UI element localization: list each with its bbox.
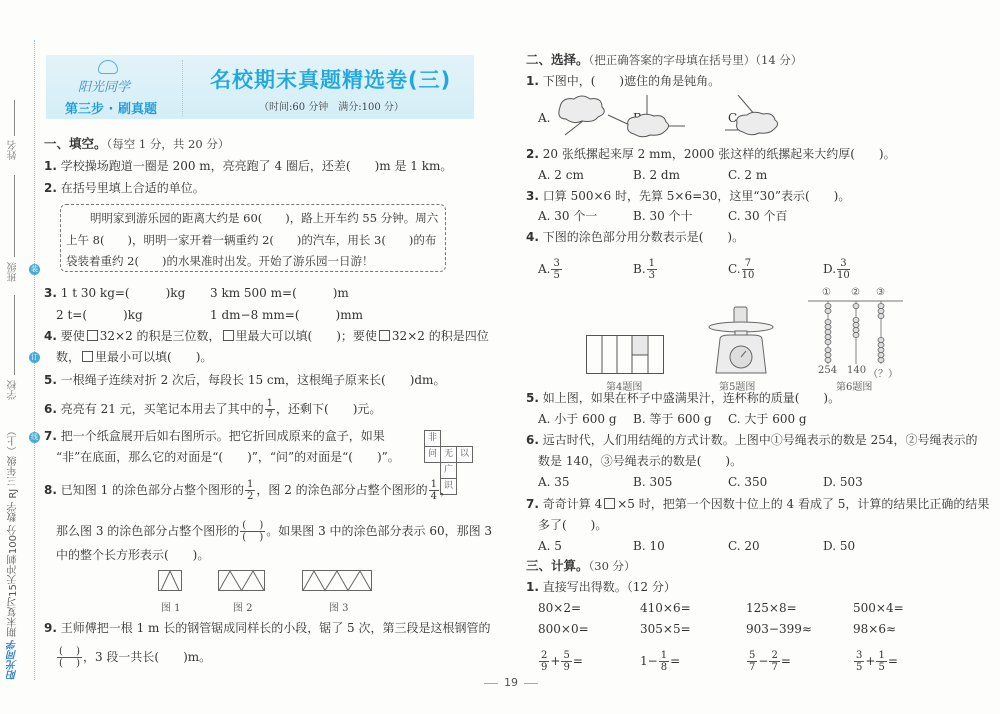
rope-2-value: 140: [847, 365, 866, 376]
binding-field-school: 学校: [6, 380, 21, 400]
s1-question-4-line2: 数，里最小可以填( )。: [56, 349, 212, 365]
question-number: 3.: [44, 286, 57, 300]
conversion-item: 1 dm−8 mm=( )mm: [210, 307, 363, 323]
question-text: 在括号里填上合适的单位。: [61, 181, 205, 195]
rope-1-value: 254: [818, 365, 837, 376]
figure-3-caption: 图 3: [329, 599, 349, 614]
blank-square-icon: [82, 351, 93, 362]
fraction-blank[interactable]: ( )( ): [240, 520, 265, 543]
rope-3-header: ③: [876, 287, 885, 298]
brand-logo: 阳光同学: [78, 76, 130, 95]
s1-question-6: 6. 亮亮有 21 元，买笔记本用去了其中的17，还剩下( )元。: [44, 398, 381, 421]
s1-question-8-line2: 那么图 3 的涂色部分占整个图形的( )( )。如果图 3 中的涂色部分表示 6…: [56, 520, 492, 543]
question-number: 7.: [526, 497, 539, 511]
s1-question-8: 8. 已知图 1 的涂色部分占整个图形的12，图 2 的涂色部分占整个图形的14…: [44, 479, 452, 502]
operator: +: [865, 654, 875, 668]
fraction: 17: [265, 398, 275, 421]
equals: =: [573, 654, 583, 668]
s1-question-5: 5. 一根绳子连续对折 2 次后，每段长 15 cm，这根绳子原来长( )dm。: [44, 372, 445, 388]
binding-class-line: [14, 175, 15, 257]
s2-question-5: 5. 如上图，如果在杯子中盛满果汁，连杯称的质量( )。: [526, 390, 840, 406]
binding-circle-ding: 订: [29, 352, 40, 363]
fraction-rectangle-figure: [586, 335, 666, 375]
numerator-blank: ( ): [240, 520, 265, 532]
blank-square-icon: [223, 330, 234, 341]
net-cell: 广: [440, 462, 457, 479]
binding-field-name: 姓名: [6, 140, 21, 160]
question-text: 如上图，如果在杯子中盛满果汁，连杯称的质量( )。: [543, 391, 840, 405]
s2-question-3: 3. 口算 500×6 时，先算 5×6=30，这里“30”表示( )。: [526, 188, 850, 204]
fraction: 14: [429, 479, 439, 502]
option-c: C.710: [728, 258, 755, 281]
calc-fraction-item: 57−27=: [746, 650, 791, 673]
question-number: 5.: [526, 391, 539, 405]
fraction: 57: [747, 650, 757, 673]
text: ，: [440, 483, 452, 497]
s1-question-1: 1. 学校操场跑道一圈是 200 m，亮亮跑了 4 圈后，还差( )m 是 1 …: [44, 158, 452, 174]
numerator: 1: [429, 479, 439, 491]
operator: +: [550, 654, 560, 668]
calc-fraction-item: 29+59=: [538, 650, 583, 673]
question-text: 把一个纸盒展开后如右图所示。把它折回成原来的盒子，如果: [61, 429, 385, 443]
net-cell: 问: [424, 446, 441, 463]
denominator: 5: [551, 270, 561, 281]
option-b: B. 305: [633, 474, 672, 490]
fraction: 35: [551, 258, 561, 281]
fraction: 29: [539, 650, 549, 673]
angle-cloud-figures: [550, 95, 790, 140]
option-c: C. 350: [728, 474, 767, 490]
section3-note: （30 分）: [589, 559, 636, 573]
denominator: 5: [876, 662, 886, 673]
section2-note: （把正确答案的字母填在括号里）（14 分）: [589, 53, 803, 67]
story-line-2: 上午 8( )，明明一家开着一辆重约 2( )的汽车，用长 3( )的布: [66, 232, 436, 248]
calc-fraction-item: 1−18=: [640, 650, 680, 673]
text: ，3 段一共长( )m。: [83, 650, 211, 664]
banner-divider: [182, 60, 183, 116]
option-d: D. 50: [823, 538, 855, 554]
numerator: 1: [647, 258, 657, 270]
option-b: B. 30 个十: [633, 208, 693, 224]
step-label: 第三步 · 刷真题: [65, 98, 157, 117]
denominator: 7: [769, 662, 779, 673]
question-number: 4.: [44, 329, 57, 343]
option-c: C. 30 个百: [728, 208, 787, 224]
question-number: 1.: [44, 159, 57, 173]
numerator: 2: [539, 650, 549, 662]
s2-question-2: 2. 20 张纸摞起来厚 2 mm，2000 张这样的纸摞起来大约厚( )。: [526, 146, 896, 162]
triangle-figures: [158, 570, 378, 594]
figure-1-caption: 图 1: [161, 599, 181, 614]
blank-square-icon: [379, 330, 390, 341]
question-number: 1.: [526, 580, 539, 594]
s3-question-1: 1. 直接写出得数。（12 分）: [526, 579, 676, 595]
question-text: 下图中，( )遮住的角是钝角。: [543, 74, 720, 88]
text: 32×2 的积是三位数，: [100, 329, 221, 343]
scale-with-cup-figure: [706, 305, 776, 377]
question-number: 1.: [526, 74, 539, 88]
section1-heading: 一、填空。（每空 1 分，共 20 分）: [44, 136, 229, 152]
question-text: 一根绳子连续对折 2 次后，每段长 15 cm，这根绳子原来长( )dm。: [61, 373, 446, 387]
option-a: A. 2 cm: [538, 167, 584, 183]
story-line-3: 袋装着重约 2( )的水果准时出发。开始了游乐园一日游！: [66, 253, 373, 269]
option-b: B.13: [633, 258, 658, 281]
s1-question-4: 4. 要使32×2 的积是三位数，里最大可以填( )；要使32×2 的积是四位: [44, 328, 489, 344]
equals: =: [670, 654, 680, 668]
numerator-blank: ( ): [57, 646, 82, 658]
fraction: 35: [854, 650, 864, 673]
s2-question-6: 6. 远古时代，人们用结绳的方式计数。上图中①号绳表示的数是 254，②号绳表示…: [526, 432, 977, 448]
page-number: 19: [478, 676, 544, 689]
option-a: A.35: [538, 258, 563, 281]
question-number: 6.: [44, 402, 57, 416]
s1-question-8-line3: 中的整个长方形表示( )。: [56, 547, 209, 563]
question-number: 4.: [526, 230, 539, 244]
text: 里最大可以填( )；要使: [236, 329, 377, 343]
numerator: 3: [551, 258, 561, 270]
denominator: 4: [429, 491, 439, 502]
option-a-label: A.: [538, 110, 550, 126]
section2-heading: 二、选择。（把正确答案的字母填在括号里）（14 分）: [526, 52, 802, 68]
option-b: B. 等于 600 g: [633, 411, 712, 427]
s1-question-9-line2: ( )( )，3 段一共长( )m。: [56, 646, 211, 669]
binding-school-line: [14, 295, 15, 375]
option-label: D.: [823, 262, 836, 276]
fraction: 710: [742, 258, 755, 281]
question-number: 3.: [526, 189, 539, 203]
calc-item: 80×2=: [538, 600, 581, 616]
text: 里最小可以填( )。: [95, 350, 212, 364]
question-text: 远古时代，人们用结绳的方式计数。上图中①号绳表示的数是 254，②号绳表示的: [543, 433, 978, 447]
question-number: 5.: [44, 373, 57, 387]
calc-item: 903−399≈: [746, 621, 812, 637]
section1-note: （每空 1 分，共 20 分）: [107, 137, 230, 151]
question-number: 2.: [44, 181, 57, 195]
calc-item: 125×8=: [746, 600, 797, 616]
text: 亮亮有 21 元，买笔记本用去了其中的: [61, 402, 264, 416]
text: 奇奇计算 4: [543, 497, 602, 511]
question-text: 口算 500×6 时，先算 5×6=30，这里“30”表示( )。: [543, 189, 851, 203]
question-number: 6.: [526, 433, 539, 447]
story-line-1: 明明家到游乐园的距离大约是 60( )，路上开车约 55 分钟。周六: [90, 210, 438, 226]
numerator: 3: [837, 258, 850, 270]
numerator: 1: [265, 398, 275, 410]
s2-question-7: 7. 奇奇计算 4×5 时，把第一个因数十位上的 4 看成了 5，计算的结果比正…: [526, 496, 989, 512]
rope-3-value: （？）: [868, 365, 898, 380]
equals: =: [781, 654, 791, 668]
net-cell: 非: [424, 430, 441, 447]
knotted-ropes-figure: [808, 300, 903, 366]
figure-6-caption: 第6题图: [836, 378, 872, 393]
question-text: 直接写出得数。（12 分）: [543, 580, 676, 594]
denominator-blank: ( ): [240, 532, 265, 543]
question-text: 学校操场跑道一圈是 200 m，亮亮跑了 4 圈后，还差( )m 是 1 km。: [61, 159, 453, 173]
calc-item: 800×0=: [538, 621, 589, 637]
question-number: 2.: [526, 147, 539, 161]
option-a: A. 30 个一: [538, 208, 597, 224]
figure-2-caption: 图 2: [233, 599, 253, 614]
fraction-blank[interactable]: ( )( ): [57, 646, 82, 669]
calc-item: 98×6≈: [853, 621, 896, 637]
denominator: 8: [659, 662, 669, 673]
denominator: 7: [265, 410, 275, 421]
s2-question-7-line2: 多了( )。: [538, 517, 607, 533]
text: ×5 时，把第一个因数十位上的 4 看成了 5，计算的结果比正确的结果: [617, 497, 989, 511]
denominator: 5: [854, 662, 864, 673]
numerator: 7: [742, 258, 755, 270]
rope-1-header: ①: [822, 287, 831, 298]
denominator: 10: [742, 270, 755, 281]
text: ，还剩下( )元。: [276, 402, 381, 416]
denominator: 2: [245, 491, 255, 502]
calc-fraction-item: 35+15=: [853, 650, 898, 673]
question-number: 9.: [44, 621, 57, 635]
sun-logo-icon: [98, 60, 118, 74]
fraction: 13: [647, 258, 657, 281]
option-label: B.: [633, 262, 646, 276]
numerator: 5: [747, 650, 757, 662]
section3-title: 三、计算。: [526, 558, 589, 573]
option-c: C. 大于 600 g: [728, 411, 807, 427]
denominator: 9: [561, 662, 571, 673]
fraction: 310: [837, 258, 850, 281]
option-a: A. 5: [538, 538, 562, 554]
numerator: 1: [659, 650, 669, 662]
denominator: 3: [647, 270, 657, 281]
text: ，图 2 的涂色部分占整个图形的: [256, 483, 427, 497]
numerator: 5: [561, 650, 571, 662]
text: 已知图 1 的涂色部分占整个图形的: [61, 483, 244, 497]
net-cell: 无: [440, 446, 457, 463]
binding-circle-zhuang: 装: [29, 264, 40, 275]
calc-item: 410×6=: [640, 600, 691, 616]
option-label: C.: [728, 262, 741, 276]
text: 要使: [61, 329, 85, 343]
text: 数，: [56, 350, 80, 364]
fraction: 15: [876, 650, 886, 673]
question-number: 8.: [44, 483, 57, 497]
s1-question-7: 7. 把一个纸盒展开后如右图所示。把它折回成原来的盒子，如果: [44, 428, 385, 444]
side-brand-logo: 阳光同学: [8, 640, 19, 680]
option-d: D.310: [823, 258, 851, 281]
fraction: 59: [561, 650, 571, 673]
fraction: 18: [659, 650, 669, 673]
calc-item: 305×5=: [640, 621, 691, 637]
option-d: D. 503: [823, 474, 863, 490]
fraction: 27: [769, 650, 779, 673]
text: 。如果图 3 中的涂色部分表示 60，那图 3: [266, 524, 492, 538]
s2-question-1: 1. 下图中，( )遮住的角是钝角。: [526, 73, 720, 89]
text: 那么图 3 的涂色部分占整个图形的: [56, 524, 239, 538]
numerator: 3: [854, 650, 864, 662]
exam-time-info: （时间:60 分钟 满分:100 分）: [259, 98, 404, 113]
question-text: 王师傅把一根 1 m 长的钢管锯成同样长的小段，锯了 5 次，第三段是这根钢管的: [61, 621, 491, 635]
operator: −: [758, 654, 768, 668]
section1-title: 一、填空。: [44, 136, 107, 151]
option-a: A. 小于 600 g: [538, 411, 617, 427]
calc-item: 500×4=: [853, 600, 904, 616]
option-label: A.: [538, 262, 550, 276]
s2-question-6-line2: 数是 140，③号绳表示的数是( )。: [538, 453, 742, 469]
option-b: B. 10: [633, 538, 665, 554]
denominator: 7: [747, 662, 757, 673]
s1-question-2: 2. 在括号里填上合适的单位。: [44, 180, 205, 196]
binding-circle-xian: 线: [29, 432, 40, 443]
s1-question-9: 9. 王师傅把一根 1 m 长的钢管锯成同样长的小段，锯了 5 次，第三段是这根…: [44, 620, 490, 636]
conversion-item: 2 t=( )kg: [56, 307, 143, 323]
numerator: 1: [876, 650, 886, 662]
option-a: A. 35: [538, 474, 570, 490]
numerator: 1: [245, 479, 255, 491]
section2-title: 二、选择。: [526, 52, 589, 67]
side-book-title: 期末复习15天冲刺100分 数学 RJ 三年级（上）: [8, 426, 19, 637]
denominator: 10: [837, 270, 850, 281]
question-text: 20 张纸摞起来厚 2 mm，2000 张这样的纸摞起来大约厚( )。: [543, 147, 896, 161]
s1-question-3: 3. 1 t 30 kg=( )kg: [44, 285, 185, 301]
section3-heading: 三、计算。（30 分）: [526, 558, 636, 574]
conversion-item: 3 km 500 m=( )m: [210, 285, 349, 301]
page-title: 名校期末真题精选卷(三): [210, 64, 451, 94]
s2-question-4: 4. 下图的涂色部分用分数表示是( )。: [526, 229, 744, 245]
rope-2-header: ②: [851, 287, 860, 298]
fraction: 12: [245, 479, 255, 502]
conversion-item: 1 t 30 kg=( )kg: [61, 286, 186, 300]
binding-field-class: 班级: [6, 262, 21, 282]
equals: =: [888, 654, 898, 668]
denominator-blank: ( ): [57, 658, 82, 669]
option-b: B. 2 dm: [633, 167, 680, 183]
whole-part: 1−: [640, 654, 658, 668]
question-number: 7.: [44, 429, 57, 443]
s1-question-7-line2: “非”在底面，那么它的对面是“( )”，“问”的对面是“( )”。: [56, 449, 400, 465]
blank-square-icon: [604, 498, 615, 509]
blank-square-icon: [87, 330, 98, 341]
denominator: 9: [539, 662, 549, 673]
binding-name-line: [14, 100, 15, 136]
option-c: C. 2 m: [728, 167, 767, 183]
numerator: 2: [769, 650, 779, 662]
net-cell: 以: [456, 446, 473, 463]
text: 32×2 的积是四位: [392, 329, 489, 343]
side-series-text: 阳光同学 期末复习15天冲刺100分 数学 RJ 三年级（上）: [6, 440, 21, 680]
option-c: C. 20: [728, 538, 760, 554]
question-text: 下图的涂色部分用分数表示是( )。: [543, 230, 744, 244]
